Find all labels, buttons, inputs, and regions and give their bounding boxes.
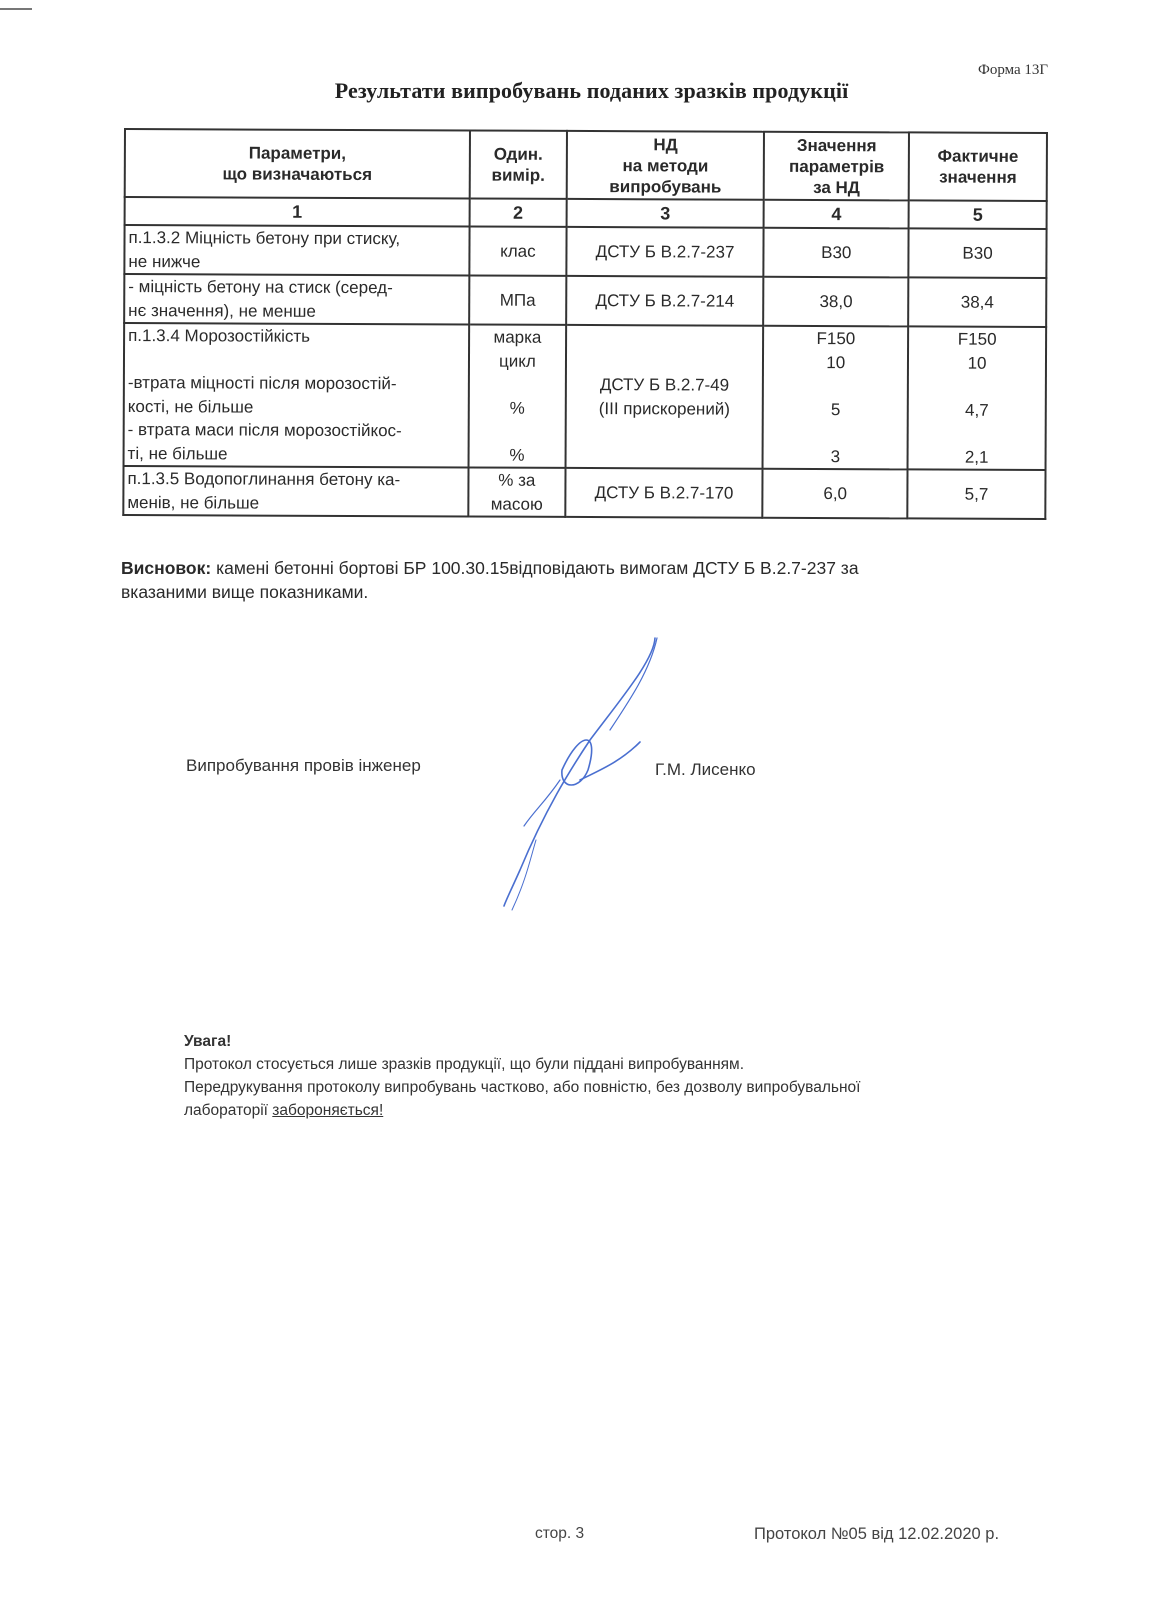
cell-line: 38,4 — [912, 290, 1042, 314]
cell-unit: МПа — [469, 276, 566, 325]
cell-norm: 6,0 — [763, 469, 908, 519]
notice-line-3-prefix: лабораторії — [184, 1102, 272, 1119]
protocol-reference: Протокол №05 від 12.02.2020 р. — [754, 1525, 999, 1544]
cell-unit: % замасою — [468, 468, 565, 517]
header-line: значення — [913, 166, 1043, 188]
header-line: Фактичне — [913, 145, 1043, 167]
column-number: 2 — [470, 199, 567, 227]
cell-line — [912, 374, 1042, 398]
cell-line: B30 — [913, 241, 1043, 265]
column-number: 5 — [909, 200, 1047, 229]
header-actual: Фактичнезначення — [909, 132, 1047, 201]
cell-line: ДСТУ Б В.2.7-49 — [570, 373, 760, 397]
cell-line: масою — [472, 492, 561, 516]
header-line: випробувань — [571, 175, 761, 197]
header-line: що визначаються — [129, 163, 466, 185]
column-number: 3 — [566, 199, 764, 228]
cell-line — [912, 421, 1042, 445]
notice-line-1: Протокол стосується лише зразків продукц… — [184, 1053, 860, 1076]
document-title-text: Результати випробувань поданих зразків п… — [335, 78, 849, 103]
signature-label: Випробування провів інженер — [186, 756, 421, 776]
cell-actual: F150104,72,1 — [908, 326, 1046, 470]
header-unit: Один.вимір. — [470, 131, 567, 199]
header-line: НД — [571, 133, 761, 155]
cell-line: МПа — [473, 288, 562, 312]
column-number: 1 — [125, 197, 470, 227]
cell-line: марка — [473, 326, 562, 350]
cell-actual: 5,7 — [908, 469, 1046, 519]
cell-norm: B30 — [764, 228, 909, 278]
conclusion-label: Висновок: — [121, 558, 211, 578]
cell-line: 10 — [912, 351, 1042, 375]
cell-line: п.1.3.4 Морозостійкість — [128, 324, 465, 349]
cell-line: ДСТУ Б В.2.7-170 — [569, 481, 759, 505]
cell-line: F150 — [767, 327, 904, 351]
cell-line: нє значення), не менше — [128, 299, 465, 324]
cell-line: 38,0 — [768, 290, 905, 314]
form-label: Форма 13Г — [978, 62, 1048, 79]
cell-line: F150 — [912, 327, 1042, 351]
header-line: вимір. — [474, 165, 563, 186]
cell-line: 5,7 — [912, 482, 1042, 506]
cell-line — [473, 373, 562, 397]
cell-line: -втрата міцності після морозостій- — [128, 371, 465, 396]
cell-line: п.1.3.5 Водопоглинання бетону ка- — [127, 467, 464, 492]
cell-line: % — [473, 396, 562, 420]
document-title: Результати випробувань поданих зразків п… — [0, 78, 1163, 104]
signatory-name: Г.М. Лисенко — [655, 760, 756, 780]
cell-line: 5 — [767, 397, 904, 421]
cell-norm: F1501053 — [763, 326, 908, 470]
cell-line: кості, не більше — [128, 395, 465, 420]
cell-line — [128, 348, 465, 373]
cell-line: ДСТУ Б В.2.7-214 — [570, 289, 760, 313]
cell-line: цикл — [473, 349, 562, 373]
cell-line: - втрата маси після морозостійкос- — [128, 418, 465, 443]
notice-line-3: лабораторії забороняється! — [184, 1099, 860, 1122]
cell-line: не нижче — [128, 250, 465, 275]
notice-block: Увага! Протокол стосується лише зразків … — [184, 1030, 860, 1122]
header-line: Параметри, — [129, 142, 466, 164]
cell-line: 6,0 — [767, 482, 904, 506]
header-line: на методи — [571, 154, 761, 176]
header-line: за НД — [768, 176, 905, 198]
cell-line — [473, 420, 562, 444]
cell-line — [767, 421, 904, 445]
cell-line: менів, не більше — [127, 491, 464, 516]
cell-line: ДСТУ Б В.2.7-237 — [570, 240, 760, 264]
scan-corner-mark — [0, 8, 32, 10]
cell-line: 2,1 — [912, 445, 1042, 469]
results-table: Параметри,що визначаютьсяОдин.вимір.НДна… — [122, 128, 1048, 520]
column-number-row: 12345 — [125, 197, 1047, 229]
header-method: НДна методивипробувань — [566, 131, 764, 200]
conclusion: Висновок: камені бетонні бортові БР 100.… — [121, 556, 1021, 604]
header-line: Значення — [768, 134, 905, 156]
page-number: стор. 3 — [535, 1525, 584, 1543]
conclusion-text-line2: вказаними вище показниками. — [121, 582, 368, 602]
table-row: п.1.3.5 Водопоглинання бетону ка-менів, … — [123, 466, 1045, 519]
cell-param: - міцність бетону на стиск (серед-нє зна… — [124, 274, 469, 325]
table-row: п.1.3.4 Морозостійкість-втрата міцності … — [124, 323, 1047, 470]
column-number: 4 — [764, 200, 909, 229]
table-header-row: Параметри,що визначаютьсяОдин.вимір.НДна… — [125, 129, 1047, 201]
notice-line-2: Передрукування протоколу випробувань час… — [184, 1076, 860, 1099]
cell-line: - міцність бетону на стиск (серед- — [128, 275, 465, 300]
cell-line — [767, 374, 904, 398]
table-row: п.1.3.2 Міцність бетону при стиску,не ни… — [124, 225, 1046, 278]
header-param: Параметри,що визначаються — [125, 129, 470, 199]
cell-param: п.1.3.2 Міцність бетону при стиску,не ни… — [124, 225, 469, 276]
cell-param: п.1.3.4 Морозостійкість-втрата міцності … — [124, 323, 470, 468]
cell-actual: B30 — [909, 228, 1047, 278]
cell-method: ДСТУ Б В.2.7-170 — [565, 468, 763, 518]
header-norm: Значенняпараметрівза НД — [764, 132, 909, 201]
notice-forbidden-text: забороняється! — [272, 1102, 383, 1119]
cell-line: (III прискорений) — [570, 396, 760, 420]
header-line: Один. — [474, 144, 563, 165]
cell-method: ДСТУ Б В.2.7-237 — [566, 227, 764, 277]
cell-line: 3 — [767, 444, 904, 468]
cell-method: ДСТУ Б В.2.7-214 — [566, 276, 764, 326]
cell-method: ДСТУ Б В.2.7-49(III прискорений) — [565, 325, 763, 469]
cell-line: % — [473, 443, 562, 467]
cell-line: 10 — [767, 350, 904, 374]
cell-unit: клас — [469, 227, 566, 276]
notice-title: Увага! — [184, 1030, 860, 1053]
cell-line: 4,7 — [912, 398, 1042, 422]
conclusion-text-1: камені бетонні бортові БР 100.30.15 — [211, 558, 509, 578]
header-line: параметрів — [768, 155, 905, 177]
cell-line: ті, не більше — [128, 442, 465, 467]
cell-line: п.1.3.2 Міцність бетону при стиску, — [128, 226, 465, 251]
cell-param: п.1.3.5 Водопоглинання бетону ка-менів, … — [123, 466, 468, 517]
cell-line: B30 — [768, 241, 905, 265]
cell-norm: 38,0 — [764, 277, 909, 327]
cell-line: клас — [473, 239, 562, 263]
cell-actual: 38,4 — [908, 277, 1046, 327]
conclusion-text-2: відповідають вимогам ДСТУ Б В.2.7-237 за — [509, 558, 858, 578]
cell-unit: маркацикл%% — [469, 325, 566, 468]
table-row: - міцність бетону на стиск (серед-нє зна… — [124, 274, 1046, 327]
cell-line: % за — [472, 469, 561, 493]
